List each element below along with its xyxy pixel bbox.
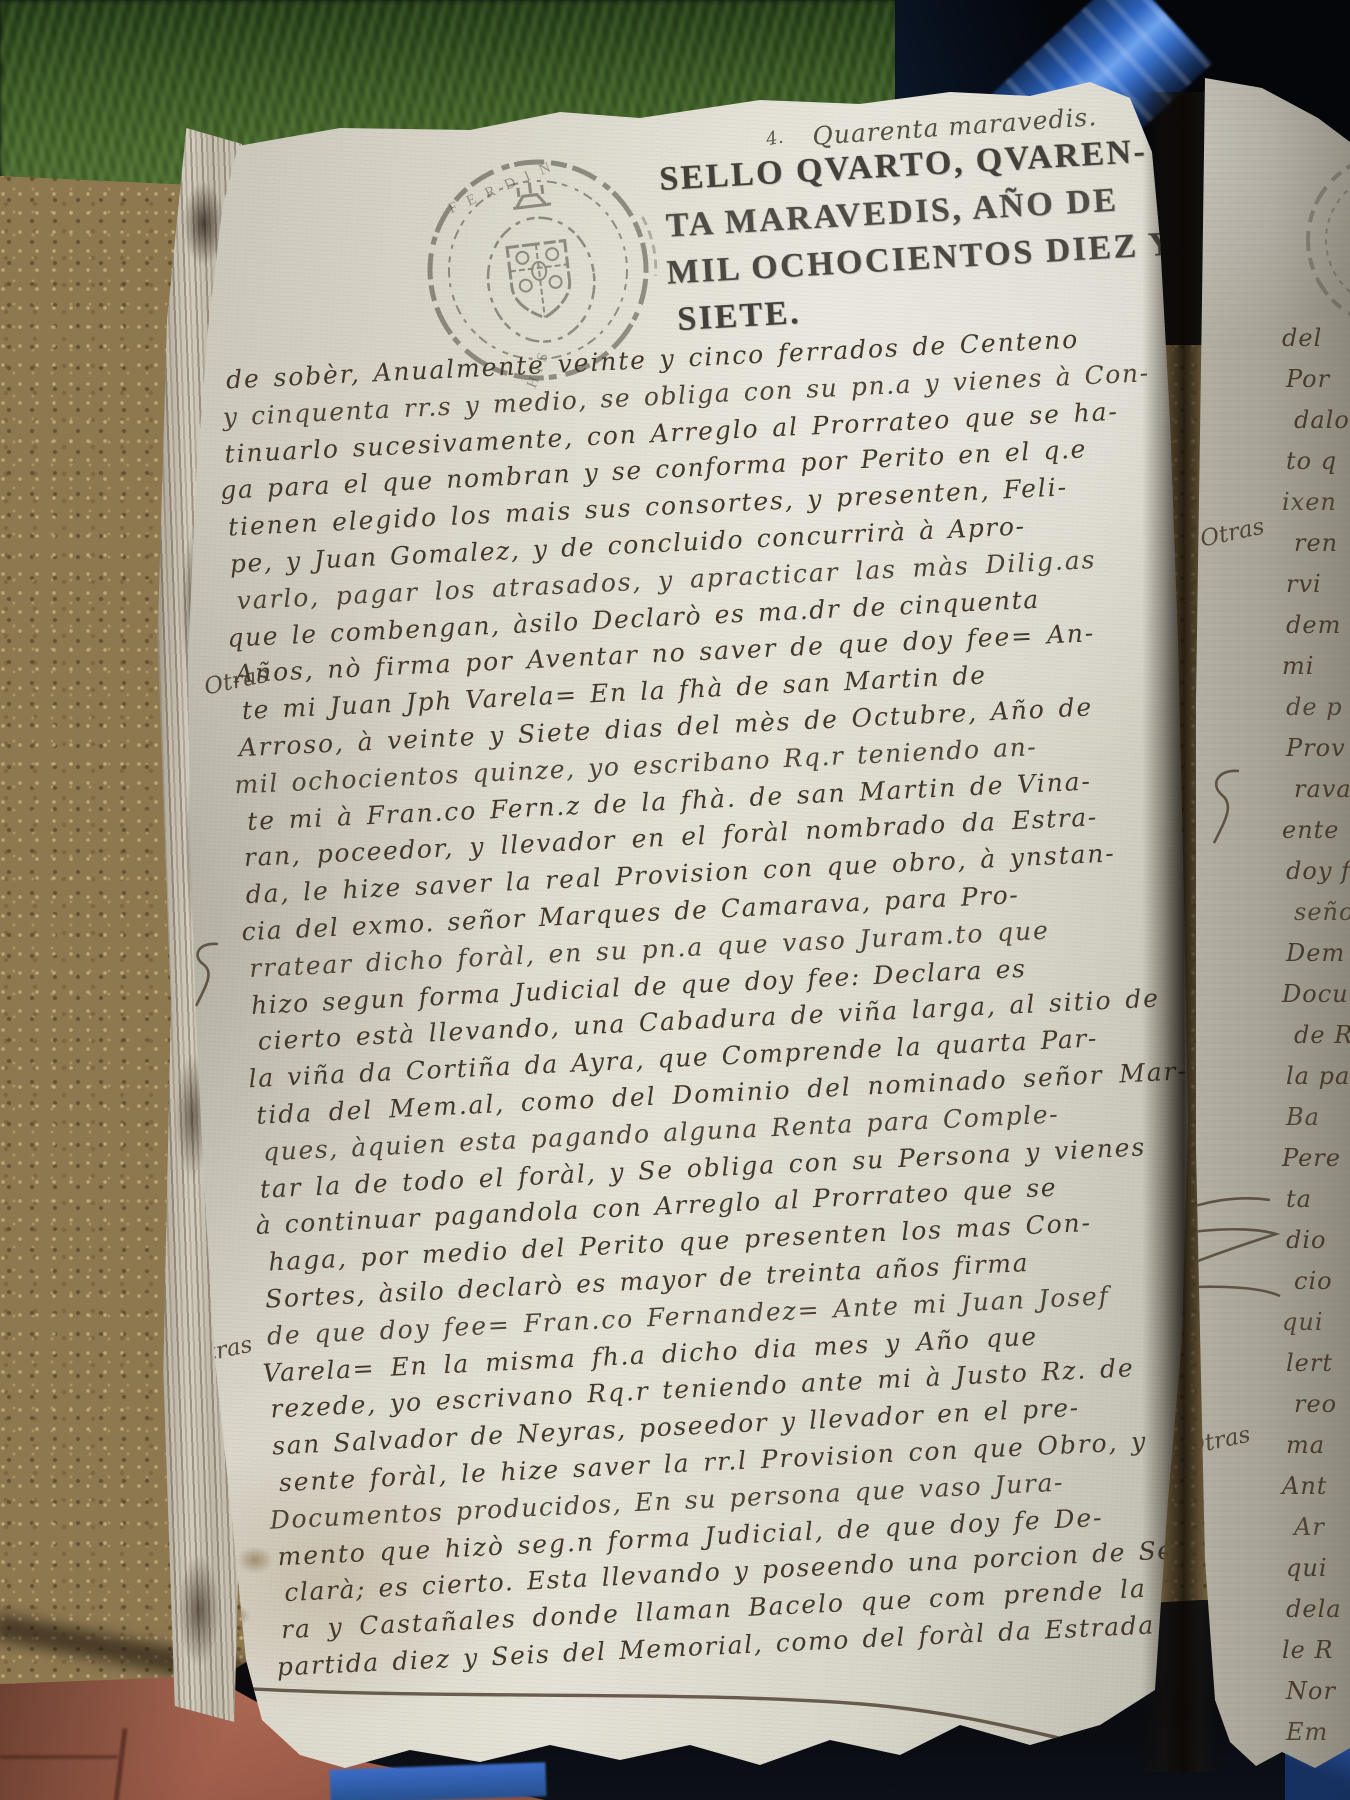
line-fragment: reo [1294,1384,1350,1425]
blue-cover-sliver [329,1762,546,1800]
line-fragment: ente [1282,810,1350,851]
line-fragment: señor [1294,892,1350,933]
line-fragment: ixen [1282,482,1350,523]
next-page-line-fragments: delPordaloto qixenrenrvidemmide pProvrav… [1286,318,1350,1753]
line-fragment: dem [1286,605,1350,646]
line-fragment: ma [1286,1425,1350,1466]
line-fragment: rvi [1286,564,1350,605]
line-fragment: dalo [1294,400,1350,441]
line-fragment: ta [1286,1179,1350,1220]
line-fragment: Ant [1282,1466,1350,1507]
line-fragment: Dem [1286,933,1350,974]
line-fragment: Ar [1294,1507,1350,1548]
line-fragment: Nor [1286,1671,1350,1712]
line-fragment: de p [1286,687,1350,728]
handwritten-body: de sobèr, Anualmente veinte y cinco ferr… [220,319,1188,1686]
line-fragment: la pa [1286,1056,1350,1097]
line-fragment: Docu [1282,974,1350,1015]
margin-note-otras: Otras [1198,514,1267,553]
photo-canvas: FERDIN HIS 4. Quarenta maravedis. ŧ SELL… [0,0,1350,1800]
floor-grout-line [0,1755,118,1759]
line-fragment: qui [1286,1548,1350,1589]
line-fragment: mi [1282,646,1350,687]
line-fragment: ren [1294,523,1350,564]
line-fragment: de R [1294,1015,1350,1056]
line-fragment: dela [1286,1589,1350,1630]
line-fragment: le R [1282,1630,1350,1671]
line-fragment: doy f [1286,851,1350,892]
line-fragment: lert [1286,1343,1350,1384]
line-fragment: Ba [1286,1097,1350,1138]
line-fragment: Prov [1286,728,1350,769]
line-fragment: Pere [1282,1138,1350,1179]
line-fragment: qui [1282,1302,1350,1343]
fee-mark: 4. [764,127,785,151]
line-fragment: Por [1286,359,1350,400]
margin-flourish [1203,765,1247,851]
line-fragment: dio [1286,1220,1350,1261]
line-fragment: rava [1294,769,1350,810]
line-fragment: del [1282,318,1350,359]
line-fragment: cio [1294,1261,1350,1302]
line-fragment: Em [1286,1712,1350,1753]
line-fragment: to q [1286,441,1350,482]
